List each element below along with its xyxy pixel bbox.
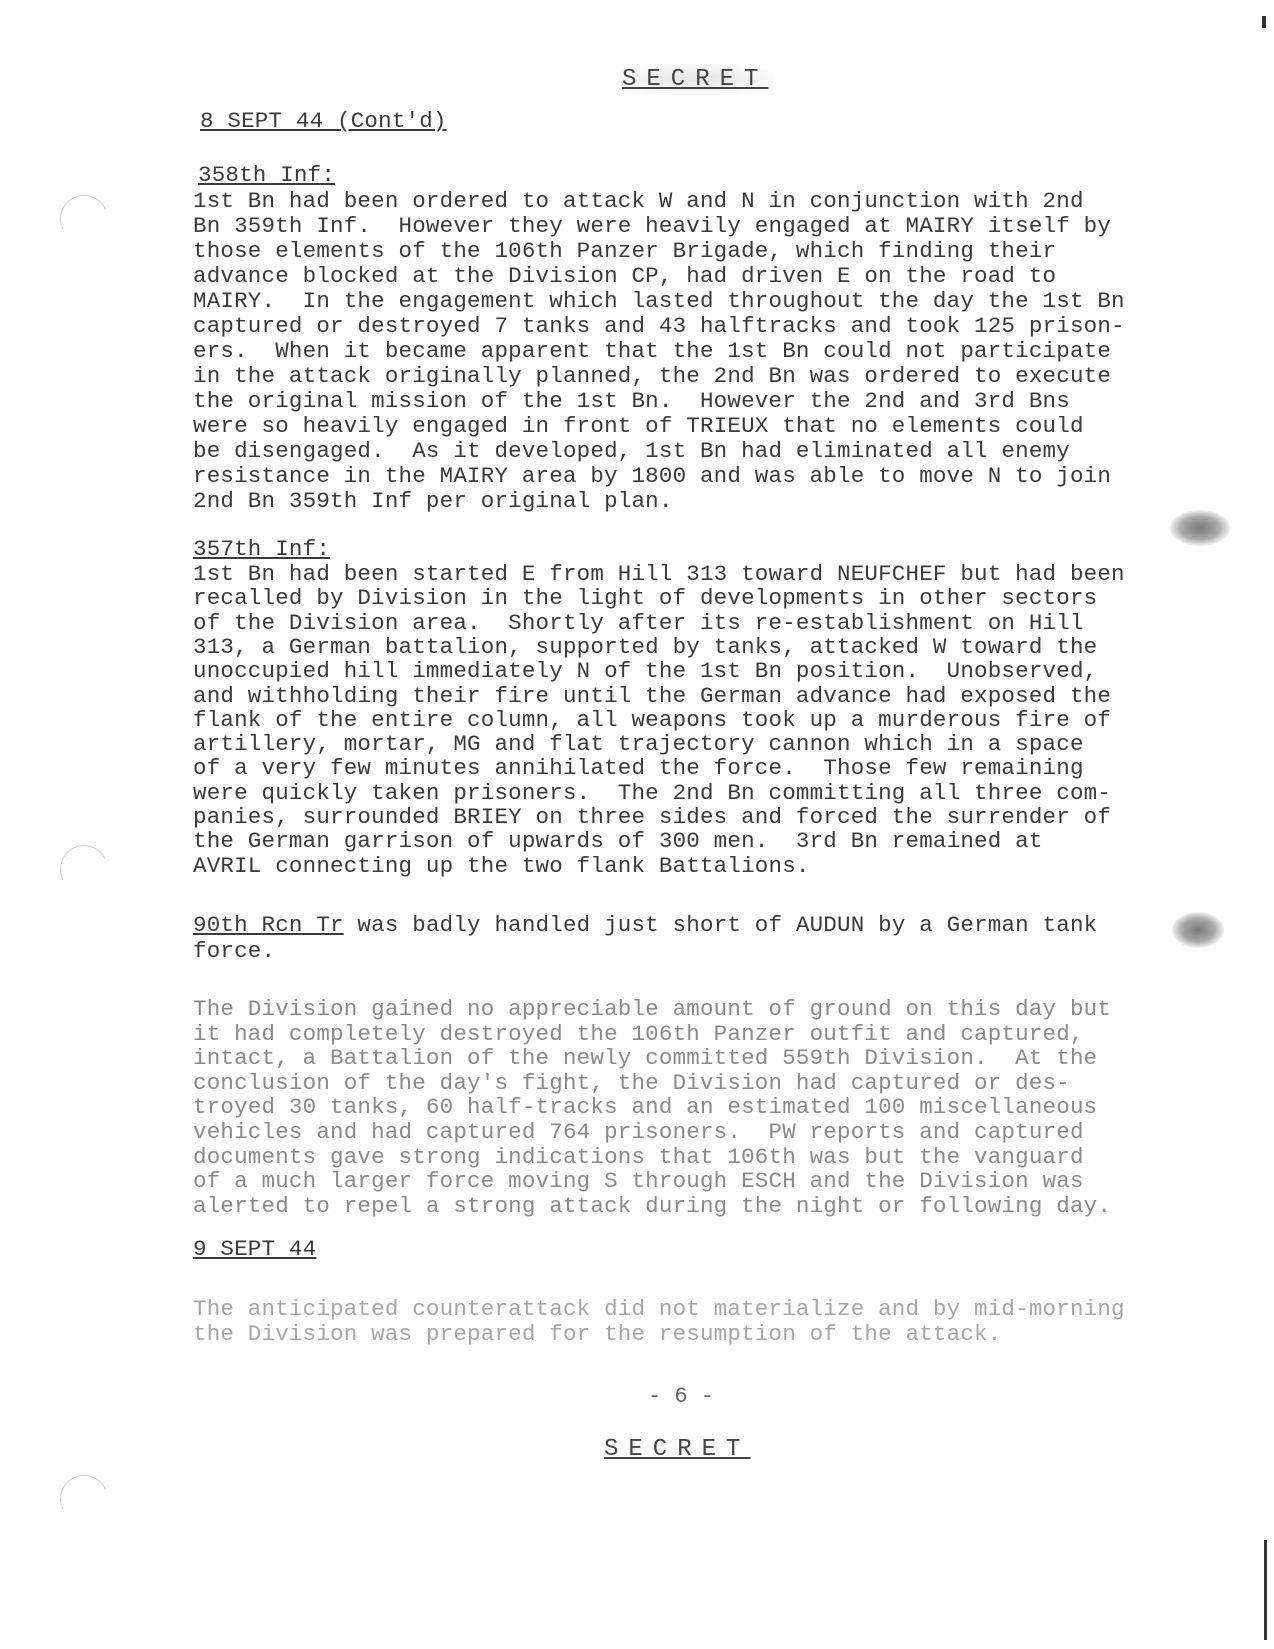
text-line: were quickly taken prisoners. The 2nd Bn…	[193, 780, 1111, 806]
date-heading-9-sept: 9 SEPT 44	[193, 1236, 316, 1262]
text-line: it had completely destroyed the 106th Pa…	[193, 1021, 1084, 1047]
text-line: unoccupied hill immediately N of the 1st…	[193, 658, 1097, 684]
text-line: recalled by Division in the light of dev…	[193, 585, 1097, 611]
text-line: panies, surrounded BRIEY on three sides …	[193, 804, 1111, 830]
text-line: of the Division area. Shortly after its …	[193, 610, 1084, 636]
text-line: The anticipated counterattack did not ma…	[193, 1296, 1125, 1322]
text-line: artillery, mortar, MG and flat trajector…	[193, 731, 1084, 757]
text-line: flank of the entire column, all weapons …	[193, 707, 1111, 733]
text-line: AVRIL connecting up the two flank Battal…	[193, 853, 810, 879]
text-line: advance blocked at the Division CP, had …	[193, 263, 1056, 289]
text-line: ers. When it became apparent that the 1s…	[193, 338, 1111, 364]
paragraph-recon-line1: 90th Rcn Tr was badly handled just short…	[193, 912, 1097, 938]
text-line: alerted to repel a strong attack during …	[193, 1193, 1111, 1219]
ink-smudge	[1172, 912, 1224, 948]
edge-mark	[1264, 1540, 1267, 1640]
text-line: resistance in the MAIRY area by 1800 and…	[193, 463, 1111, 489]
ink-smudge	[1170, 510, 1230, 546]
classification-footer: SECRET	[604, 1436, 750, 1463]
text-line: the German garrison of upwards of 300 me…	[193, 828, 1043, 854]
text-line: of a much larger force moving S through …	[193, 1168, 1084, 1194]
text-line: 1st Bn had been ordered to attack W and …	[193, 188, 1084, 214]
unit-heading-358: 358th Inf:	[198, 162, 335, 188]
text-line: documents gave strong indications that 1…	[193, 1144, 1084, 1170]
text-line: MAIRY. In the engagement which lasted th…	[193, 288, 1125, 314]
text-line: those elements of the 106th Panzer Briga…	[193, 238, 1056, 264]
page-number: - 6 -	[648, 1384, 714, 1409]
text-line: captured or destroyed 7 tanks and 43 hal…	[193, 313, 1125, 339]
date-heading-8-sept: 8 SEPT 44 (Cont'd)	[200, 108, 447, 134]
text-line: Bn 359th Inf. However they were heavily …	[193, 213, 1111, 239]
text-line: the Division was prepared for the resump…	[193, 1321, 1001, 1347]
unit-heading-recon: 90th Rcn Tr	[193, 912, 344, 938]
unit-heading-357: 357th Inf:	[193, 536, 330, 562]
text-line: be disengaged. As it developed, 1st Bn h…	[193, 438, 1070, 464]
text-line: and withholding their fire until the Ger…	[193, 683, 1111, 709]
classification-header: SECRET	[616, 64, 774, 95]
scan-artifact	[53, 188, 115, 250]
text-line: 2nd Bn 359th Inf per original plan.	[193, 488, 673, 514]
paragraph-recon-line2: force.	[193, 938, 275, 964]
text-line: the original mission of the 1st Bn. Howe…	[193, 388, 1070, 414]
text-line: The Division gained no appreciable amoun…	[193, 996, 1111, 1022]
scan-artifact	[53, 1468, 115, 1530]
text-line: 1st Bn had been started E from Hill 313 …	[193, 561, 1125, 587]
text-line: vehicles and had captured 764 prisoners.…	[193, 1119, 1084, 1145]
text-line: conclusion of the day's fight, the Divis…	[193, 1070, 1070, 1096]
text-line: in the attack originally planned, the 2n…	[193, 363, 1111, 389]
recon-text: was badly handled just short of AUDUN by…	[344, 912, 1098, 938]
document-page: SECRET 8 SEPT 44 (Cont'd) 358th Inf: 1st…	[0, 0, 1274, 1649]
text-line: of a very few minutes annihilated the fo…	[193, 755, 1084, 781]
text-line: troyed 30 tanks, 60 half-tracks and an e…	[193, 1094, 1097, 1120]
text-line: 313, a German battalion, supported by ta…	[193, 634, 1097, 660]
scan-artifact	[53, 838, 115, 900]
text-line: were so heavily engaged in front of TRIE…	[193, 413, 1084, 439]
text-line: intact, a Battalion of the newly committ…	[193, 1045, 1097, 1071]
edge-mark	[1262, 16, 1266, 28]
